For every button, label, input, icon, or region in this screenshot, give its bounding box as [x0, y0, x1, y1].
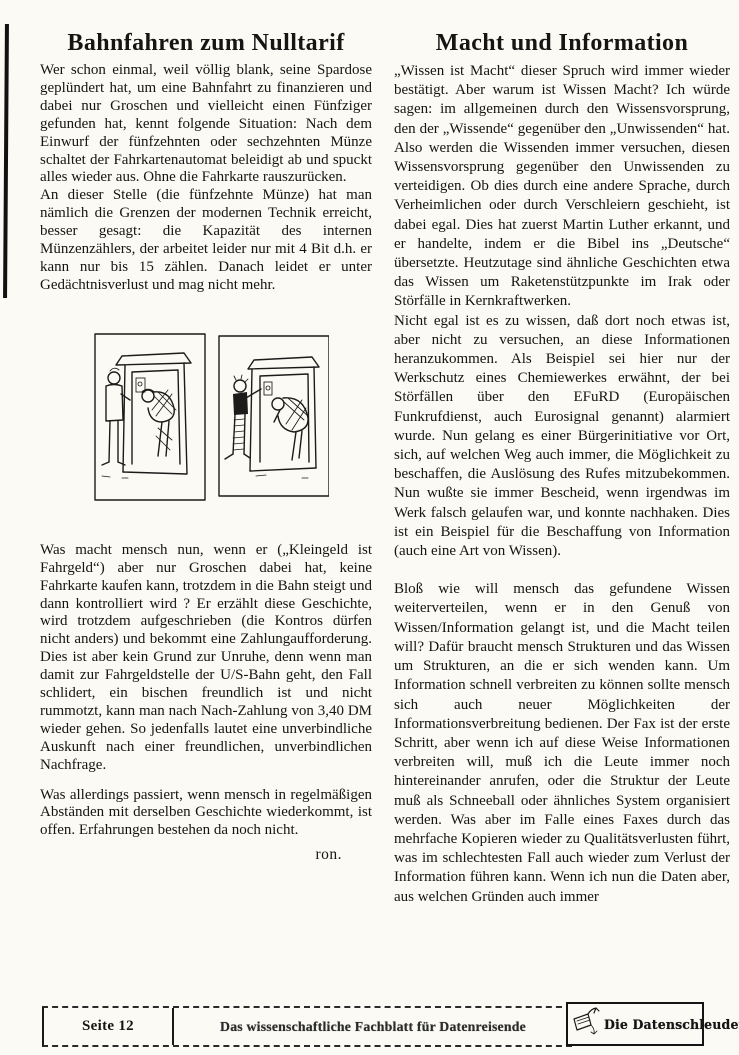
article-right: Macht und Information „Wissen ist Macht“… — [394, 30, 730, 907]
article-right-title: Macht und Information — [394, 30, 730, 57]
article-left-paragraph-2: An dieser Stelle (die fünfzehnte Münze) … — [40, 187, 372, 294]
cartoon-illustration — [92, 324, 329, 515]
article-left: Bahnfahren zum Nulltarif Wer schon einma… — [40, 30, 372, 907]
article-left-title: Bahnfahren zum Nulltarif — [40, 30, 372, 57]
page-number: Seite 12 — [44, 1008, 174, 1045]
brand-box: Die Datenschleuder — [566, 1002, 704, 1046]
byline: ron. — [40, 846, 372, 864]
cartoon-two-panels — [92, 324, 329, 515]
cartoon-panel-2 — [219, 336, 329, 496]
article-right-paragraph-1: „Wissen ist Macht“ dieser Spruch wird im… — [394, 62, 730, 312]
article-right-paragraph-2: Nicht egal ist es zu wissen, daß dort no… — [394, 312, 730, 562]
footer-tagline: Das wissenschaftliche Fachblatt für Date… — [174, 1008, 572, 1045]
two-column-layout: Bahnfahren zum Nulltarif Wer schon einma… — [40, 30, 730, 907]
scan-artifact-line — [3, 24, 9, 298]
article-left-paragraph-3: Was macht mensch nun, wenn er („Kleingel… — [40, 542, 372, 775]
article-left-paragraph-1: Wer schon einmal, weil völlig blank, sei… — [40, 62, 372, 187]
brand-name: Die Datenschleuder — [604, 1017, 739, 1032]
page-footer: Seite 12 Das wissenschaftliche Fachblatt… — [42, 1006, 572, 1047]
article-right-paragraph-3: Bloß wie will mensch das gefundene Wisse… — [394, 580, 730, 906]
cartoon-panel-1 — [95, 334, 205, 500]
datenschleuder-logo-icon — [571, 1005, 603, 1044]
article-left-paragraph-4: Was allerdings passiert, wenn mensch in … — [40, 787, 372, 841]
scanned-magazine-page: Bahnfahren zum Nulltarif Wer schon einma… — [0, 0, 739, 1055]
